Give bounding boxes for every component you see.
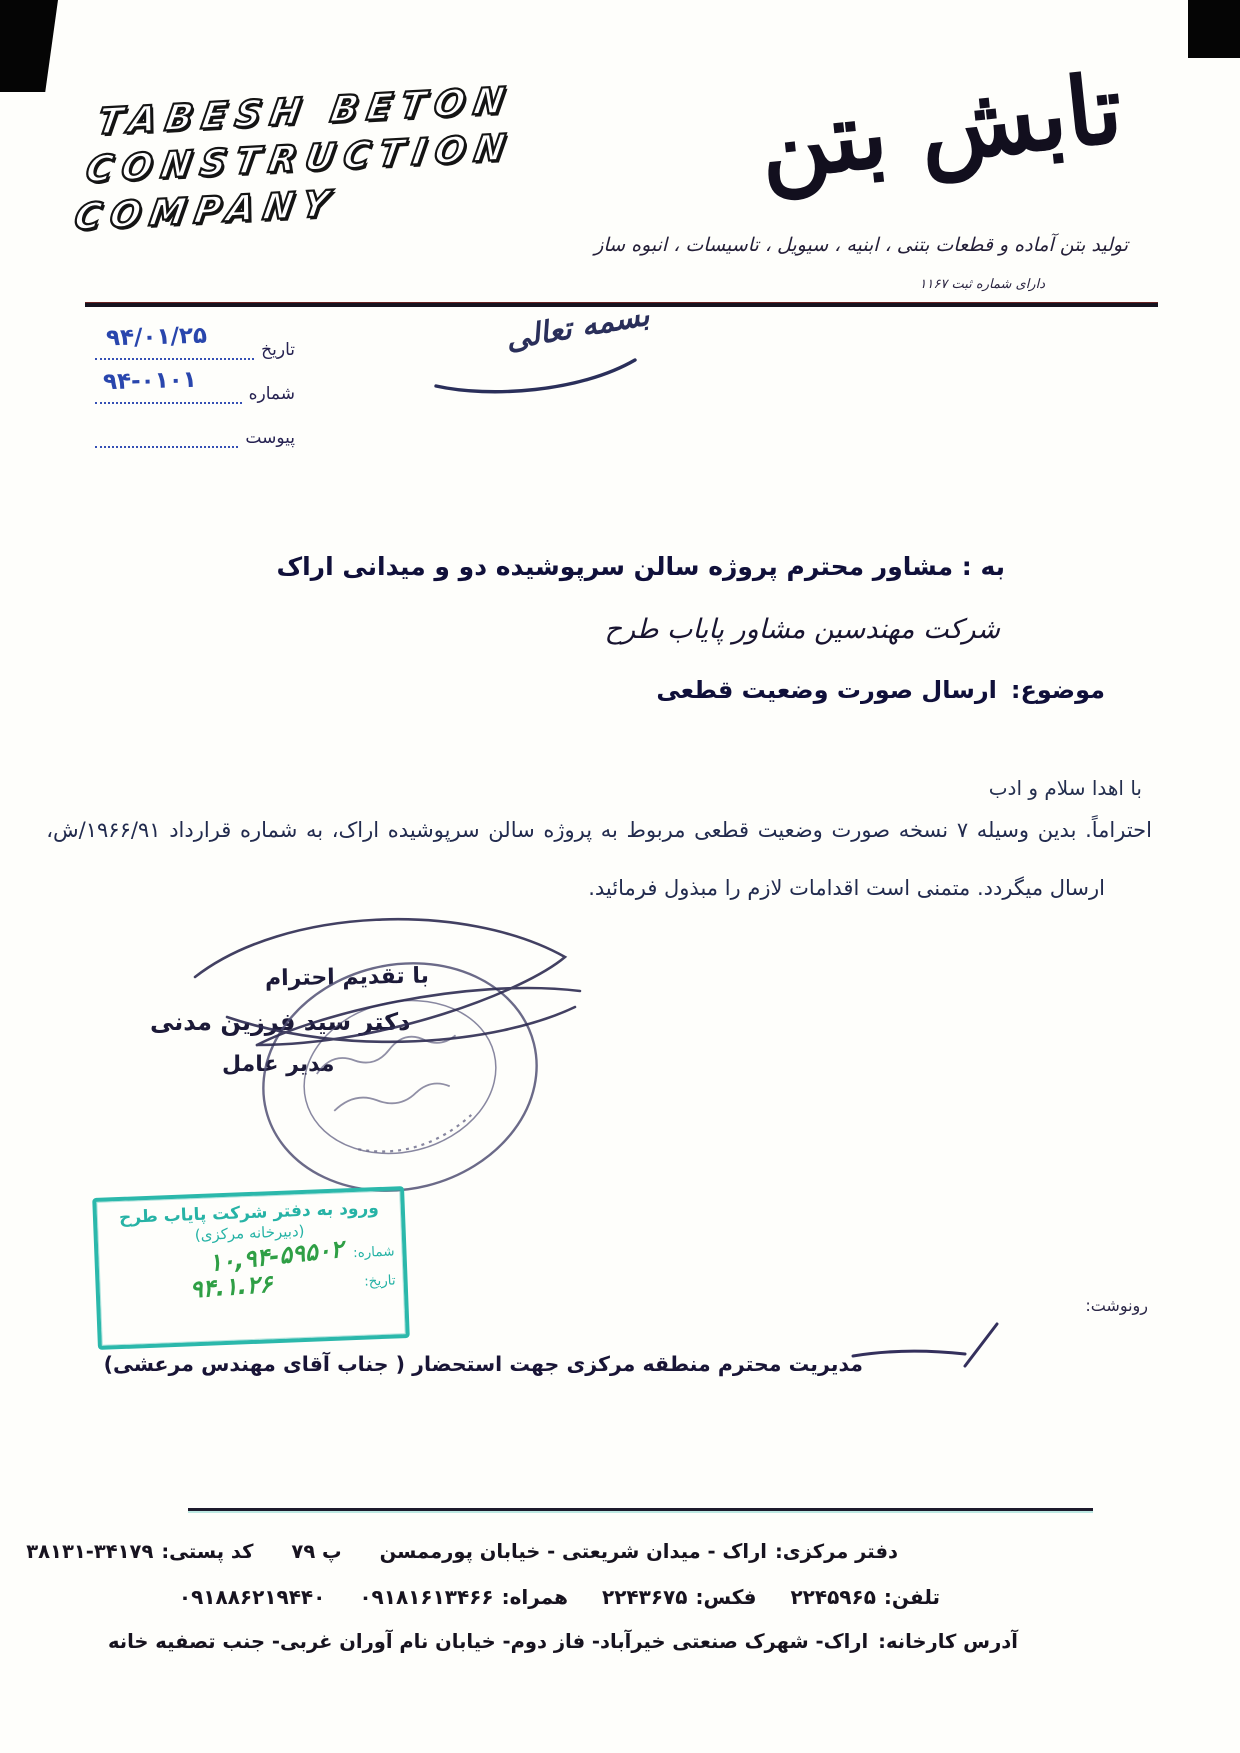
footer-factory-label: آدرس کارخانه: xyxy=(878,1630,1018,1653)
footer-divider xyxy=(188,1508,1093,1511)
footer-mobile-label: همراه: xyxy=(502,1585,568,1609)
company-registration-note: دارای شماره ثبت ۱۱۶۷ xyxy=(919,277,1045,292)
footer-factory-address: اراک- شهرک صنعتی خیرآباد- فاز دوم- خیابا… xyxy=(108,1630,868,1653)
number-value-handwritten: ۹۴-۰۱۰۱ xyxy=(103,367,197,395)
subject-line: موضوع: ارسال صورت وضعیت قطعی xyxy=(656,676,1105,704)
footer-tel-label: تلفن: xyxy=(884,1585,940,1609)
entry-stamp: ورود به دفتر شرکت پایاب طرح (دبیرخانه مر… xyxy=(92,1186,410,1350)
entry-stamp-number-label: شماره: xyxy=(353,1243,395,1261)
company-logo-fa: تابش بتن xyxy=(754,57,1126,199)
besmellah-swash xyxy=(430,352,645,400)
salutation-line: با اهدا سلام و ادب xyxy=(989,776,1142,800)
scan-artifact-top-right xyxy=(1188,0,1240,58)
footer-phone-line: تلفن: ۲۲۴۵۹۶۵ فکس: ۲۲۴۳۶۷۵ همراه: ۰۹۱۸۱۶… xyxy=(179,1585,940,1609)
subject-value: ارسال صورت وضعیت قطعی xyxy=(656,676,997,704)
number-label: شماره xyxy=(249,384,295,404)
footer-fax-number: ۲۲۴۳۶۷۵ xyxy=(602,1585,687,1609)
cc-item: مدیریت محترم منطقه مرکزی جهت استحضار ( ج… xyxy=(104,1352,863,1376)
signature-scrawl xyxy=(165,895,595,1115)
footer-postal-code: ۳۸۱۳۱-۳۴۱۷۹ xyxy=(26,1540,153,1563)
company-logo-en: TABESH BETON CONSTRUCTION COMPANY xyxy=(97,77,519,240)
body-line-1: احتراماً. بدین وسیله ۷ نسخه صورت وضعیت ق… xyxy=(46,818,1152,842)
recipient-line: به : مشاور محترم پروژه سالن سرپوشیده دو … xyxy=(277,552,1005,581)
scan-artifact-top-left xyxy=(0,0,58,92)
footer-office-address: اراک - میدان شریعتی - خیابان پورممسن xyxy=(380,1540,767,1563)
footer-house-number: پ ۷۹ xyxy=(291,1540,341,1563)
date-label: تاریخ xyxy=(261,340,295,360)
cc-label: رونوشت: xyxy=(1085,1296,1148,1315)
subject-label: موضوع: xyxy=(1011,676,1105,704)
attachment-label: پیوست xyxy=(245,428,295,448)
footer-office-line: دفتر مرکزی: اراک - میدان شریعتی - خیابان… xyxy=(26,1540,898,1563)
footer-factory-line: آدرس کارخانه: اراک- شهرک صنعتی خیرآباد- … xyxy=(108,1630,1018,1653)
body-line-2: ارسال میگردد. متمنی است اقدامات لازم را … xyxy=(588,876,1105,900)
attachment-row: پیوست xyxy=(95,428,295,448)
company-tagline: تولید بتن آماده و قطعات بتنی ، ابنیه ، س… xyxy=(648,234,1128,256)
recipient-company-script: شرکت مهندسین مشاور پایاب طرح xyxy=(605,614,1000,645)
footer-postal-label: کد پستی: xyxy=(161,1540,253,1563)
date-value-handwritten: ۹۴/۰۱/۲۵ xyxy=(106,323,208,352)
footer-fax-label: فکس: xyxy=(695,1585,756,1609)
footer-tel-number: ۲۲۴۵۹۶۵ xyxy=(790,1585,875,1609)
footer-mobile-number-1: ۰۹۱۸۱۶۱۳۴۶۶ xyxy=(359,1585,493,1609)
entry-stamp-date-value: ۹۴.۱.۲۶ xyxy=(189,1270,274,1304)
scanned-letter-page: TABESH BETON CONSTRUCTION COMPANY تابش ب… xyxy=(0,0,1240,1753)
footer-office-label: دفتر مرکزی: xyxy=(775,1540,898,1563)
footer-mobile-number-2: ۰۹۱۸۸۶۲۱۹۴۴۰ xyxy=(179,1585,325,1609)
entry-stamp-date-label: تاریخ: xyxy=(364,1272,396,1289)
cc-handwritten-mark xyxy=(845,1318,1005,1373)
attachment-dotted-line xyxy=(95,433,238,448)
